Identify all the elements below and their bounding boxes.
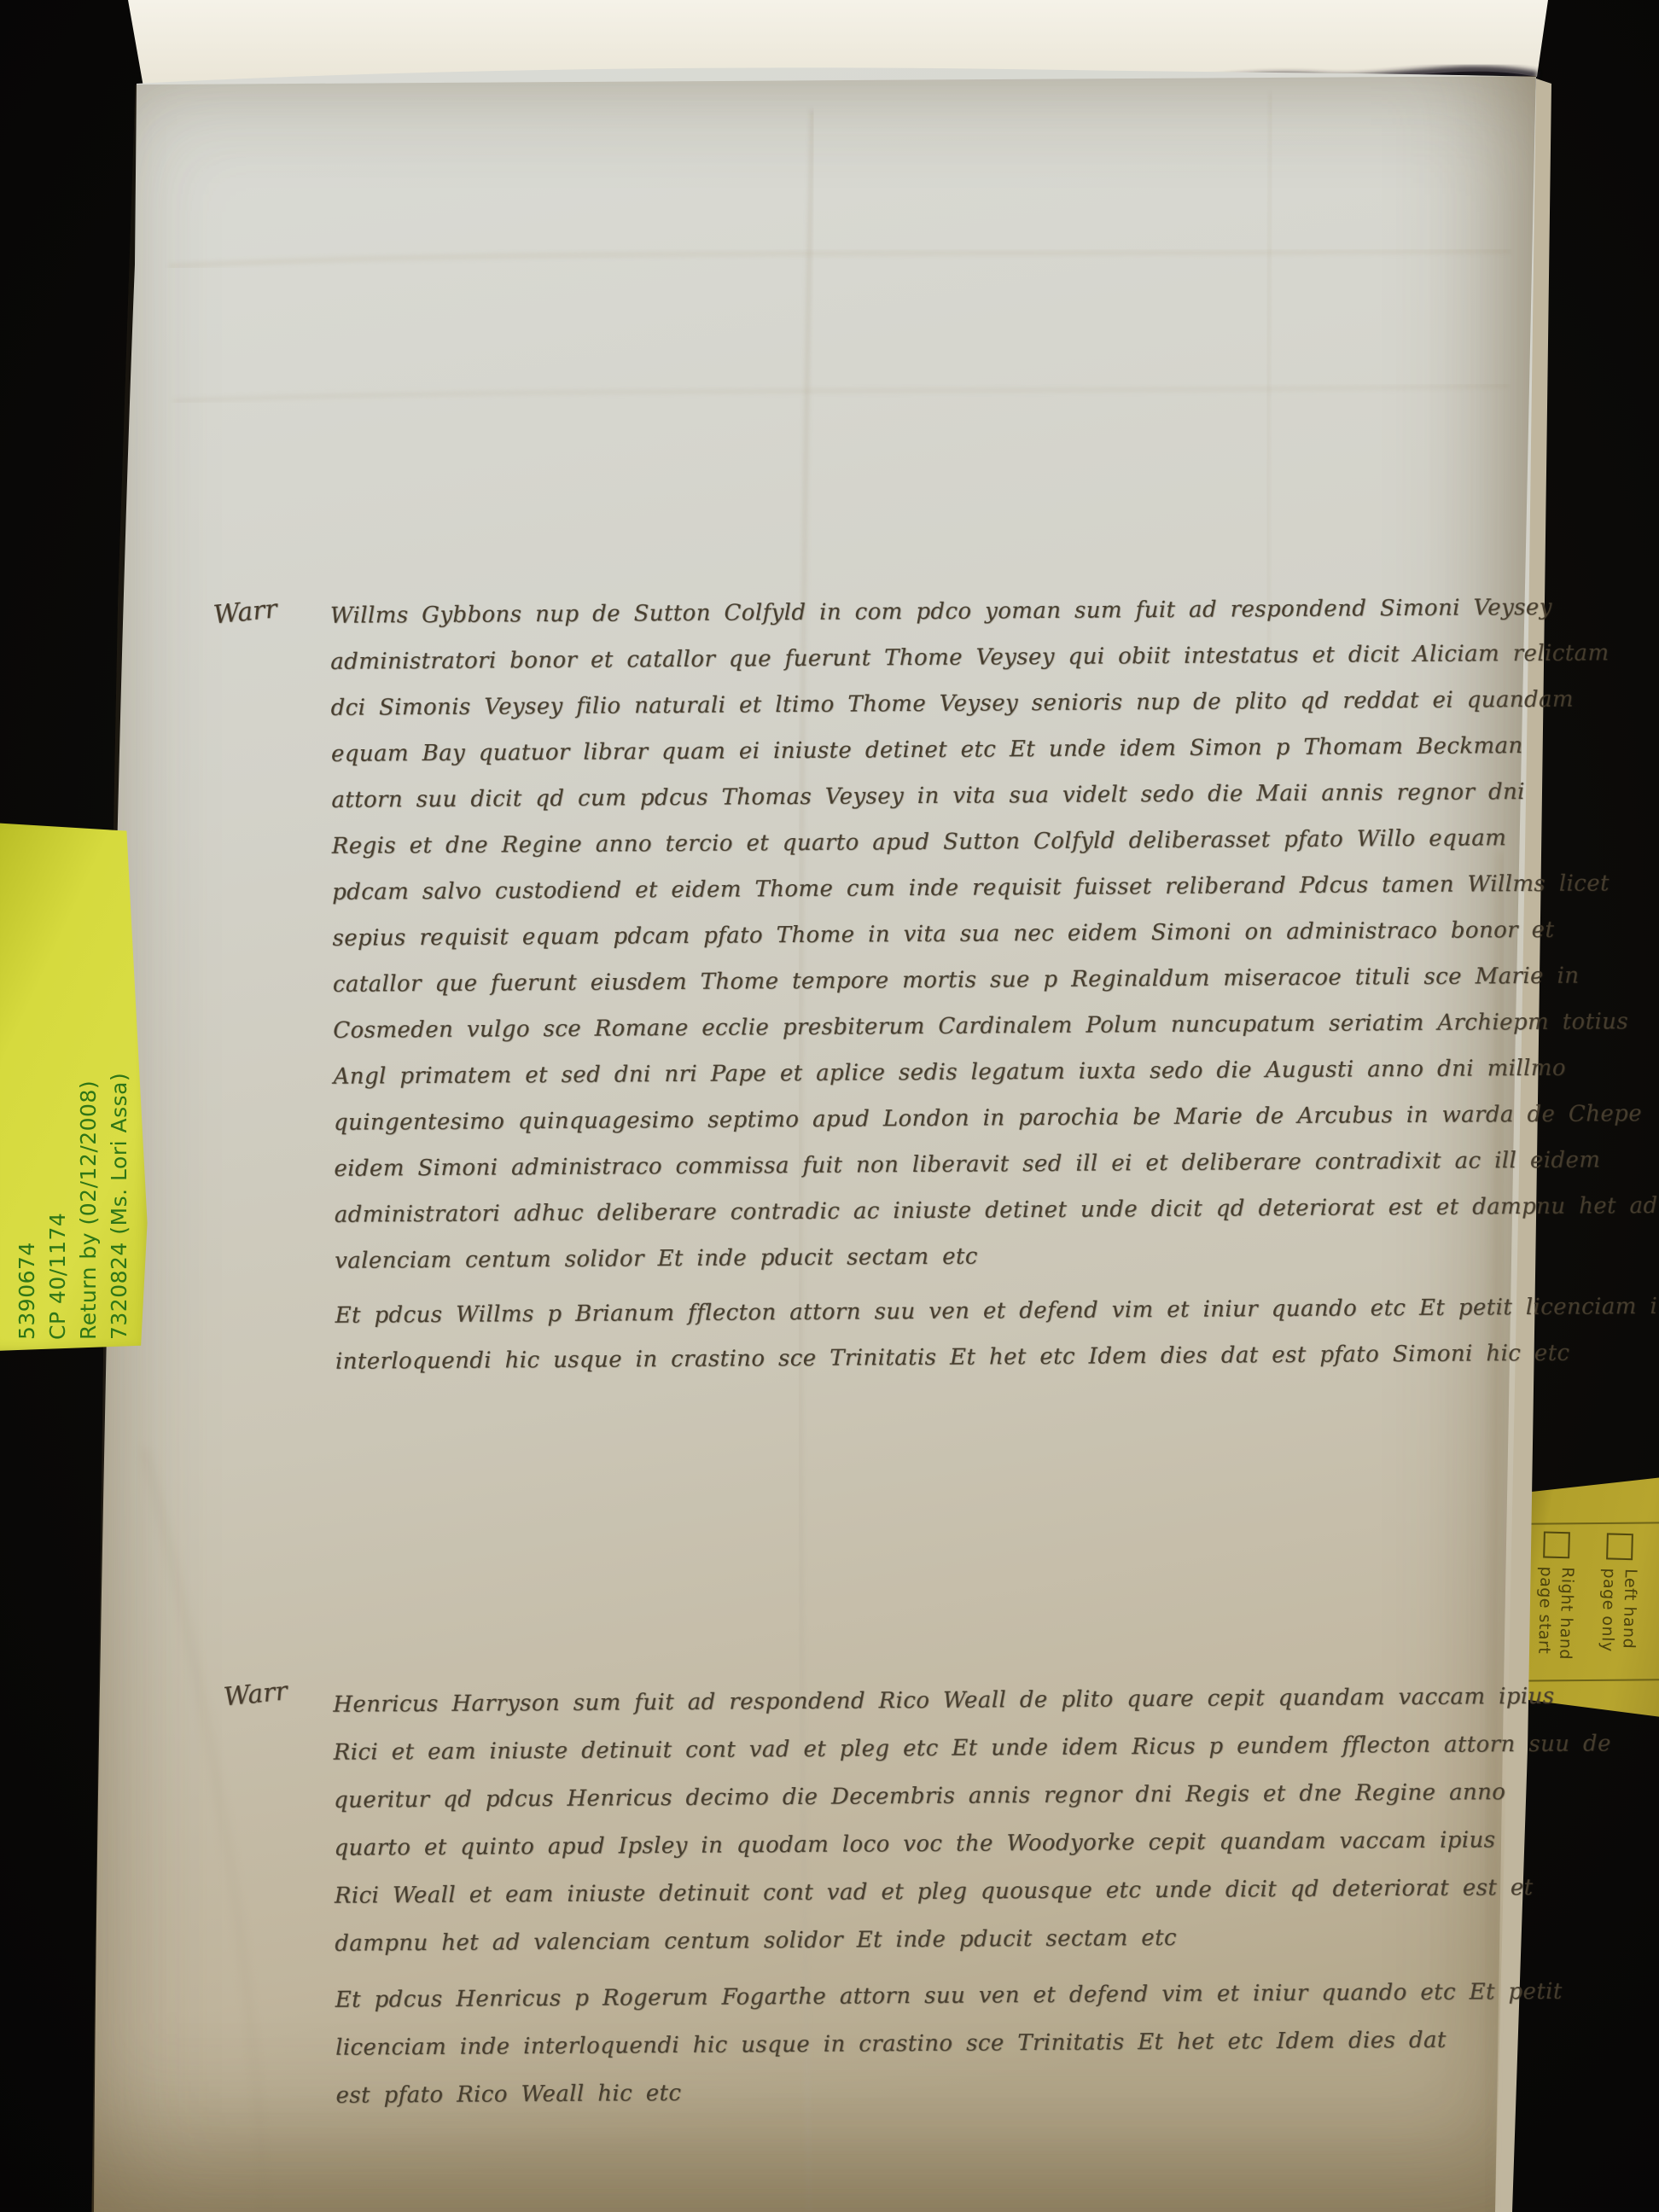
manuscript-line: queritur qd pdcus Henricus decimo die De… [334,1779,1494,1835]
manuscript-line: quarto et quinto apud Ipsley in quodam l… [334,1827,1494,1883]
page-tab-option-label: Left hand page only [1593,1568,1641,1688]
manuscript-line: Rici Weall et eam iniuste detinuit cont … [335,1875,1495,1930]
manuscript-line: quingentesimo quinquagesimo septimo apud… [334,1102,1499,1156]
manuscript-line: licenciam inde interloquendi hic usque i… [335,2027,1496,2082]
manuscript-line: valenciam centum solidor Et inde pducit … [335,1240,1499,1295]
manuscript-line: Henricus Harryson sum fuit ad respondend… [333,1684,1493,1739]
manuscript-line: administratori adhuc deliberare contradi… [335,1194,1499,1249]
sticky-note-text: 5390674CP 40/1174Return by (02/12/2008)7… [12,934,142,1340]
entry-appearance-clause: Et pdcus Willms p Brianum fflecton attor… [335,1295,1501,1395]
manuscript-line: dampnu het ad valenciam centum solidor E… [335,1923,1495,1978]
sticky-note-line: 5390674 [12,934,43,1340]
upper-pages-edge [85,0,1548,131]
page-tab-option: Left hand page only [1593,1533,1642,1688]
entry-body: Willms Gybbons nup de Sutton Colfyld in … [330,595,1500,1295]
manuscript-line: Regis et dne Regine anno tercio et quart… [332,825,1497,880]
page-marker-tab: Right hand page start Left hand page onl… [1517,1473,1659,1717]
entry-appearance-clause: Et pdcus Henricus p Rogerum Fogarthe att… [335,1979,1497,2130]
plea-roll-entry-1: Willms Gybbons nup de Sutton Colfyld in … [330,595,1500,1395]
tab-divider [1522,1522,1659,1524]
manuscript-line: Cosmeden vulgo sce Romane ecclie presbit… [333,1010,1498,1064]
manuscript-photo: Right hand page start Left hand page onl… [0,0,1659,2212]
sticky-note-line: Return by (02/12/2008) [73,934,104,1340]
manuscript-line: sepius requisit equam pdcam pfato Thome … [332,917,1497,972]
entry-body: Henricus Harryson sum fuit ad respondend… [333,1684,1495,1978]
manuscript-line: dci Simonis Veysey filio naturali et lti… [331,687,1496,742]
sticky-note: 5390674CP 40/1174Return by (02/12/2008)7… [0,818,154,1351]
manuscript-line: Et pdcus Henricus p Rogerum Fogarthe att… [335,1979,1496,2034]
page-tab-option: Right hand page start [1530,1531,1579,1686]
checkbox-icon [1606,1533,1633,1560]
page-tab-options: Right hand page start Left hand page onl… [1530,1531,1659,1690]
sticky-note-line: 7320824 (Ms. Lori Assa) [104,934,135,1340]
manuscript-line: eidem Simoni administraco commissa fuit … [334,1148,1499,1202]
county-margin-note: Warr [212,594,278,631]
page-tab-option-label: Right hand page start [1530,1566,1578,1686]
manuscript-line: interloquendi hic usque in crastino sce … [335,1341,1500,1395]
manuscript-line: est pfato Rico Weall hic etc [335,2075,1496,2130]
manuscript-line: Rici et eam iniuste detinuit cont vad et… [334,1732,1494,1787]
manuscript-line: pdcam salvo custodiend et eidem Thome cu… [332,871,1497,926]
sticky-note-line: CP 40/1174 [43,934,73,1340]
manuscript-line: attorn suu dicit qd cum pdcus Thomas Vey… [331,779,1496,834]
manuscript-line: Et pdcus Willms p Brianum fflecton attor… [335,1295,1500,1349]
manuscript-line: Willms Gybbons nup de Sutton Colfyld in … [330,595,1495,649]
manuscript-line: equam Bay quatuor librar quam ei iniuste… [331,733,1496,788]
manuscript-line: Angl primatem et sed dni nri Pape et apl… [334,1056,1499,1110]
county-margin-note: Warr [222,1676,288,1713]
checkbox-icon [1543,1531,1570,1558]
plea-roll-entry-2: Henricus Harryson sum fuit ad respondend… [333,1684,1497,2130]
manuscript-line: catallor que fuerunt eiusdem Thome tempo… [333,963,1498,1018]
manuscript-line: administratori bonor et catallor que fue… [330,641,1495,696]
